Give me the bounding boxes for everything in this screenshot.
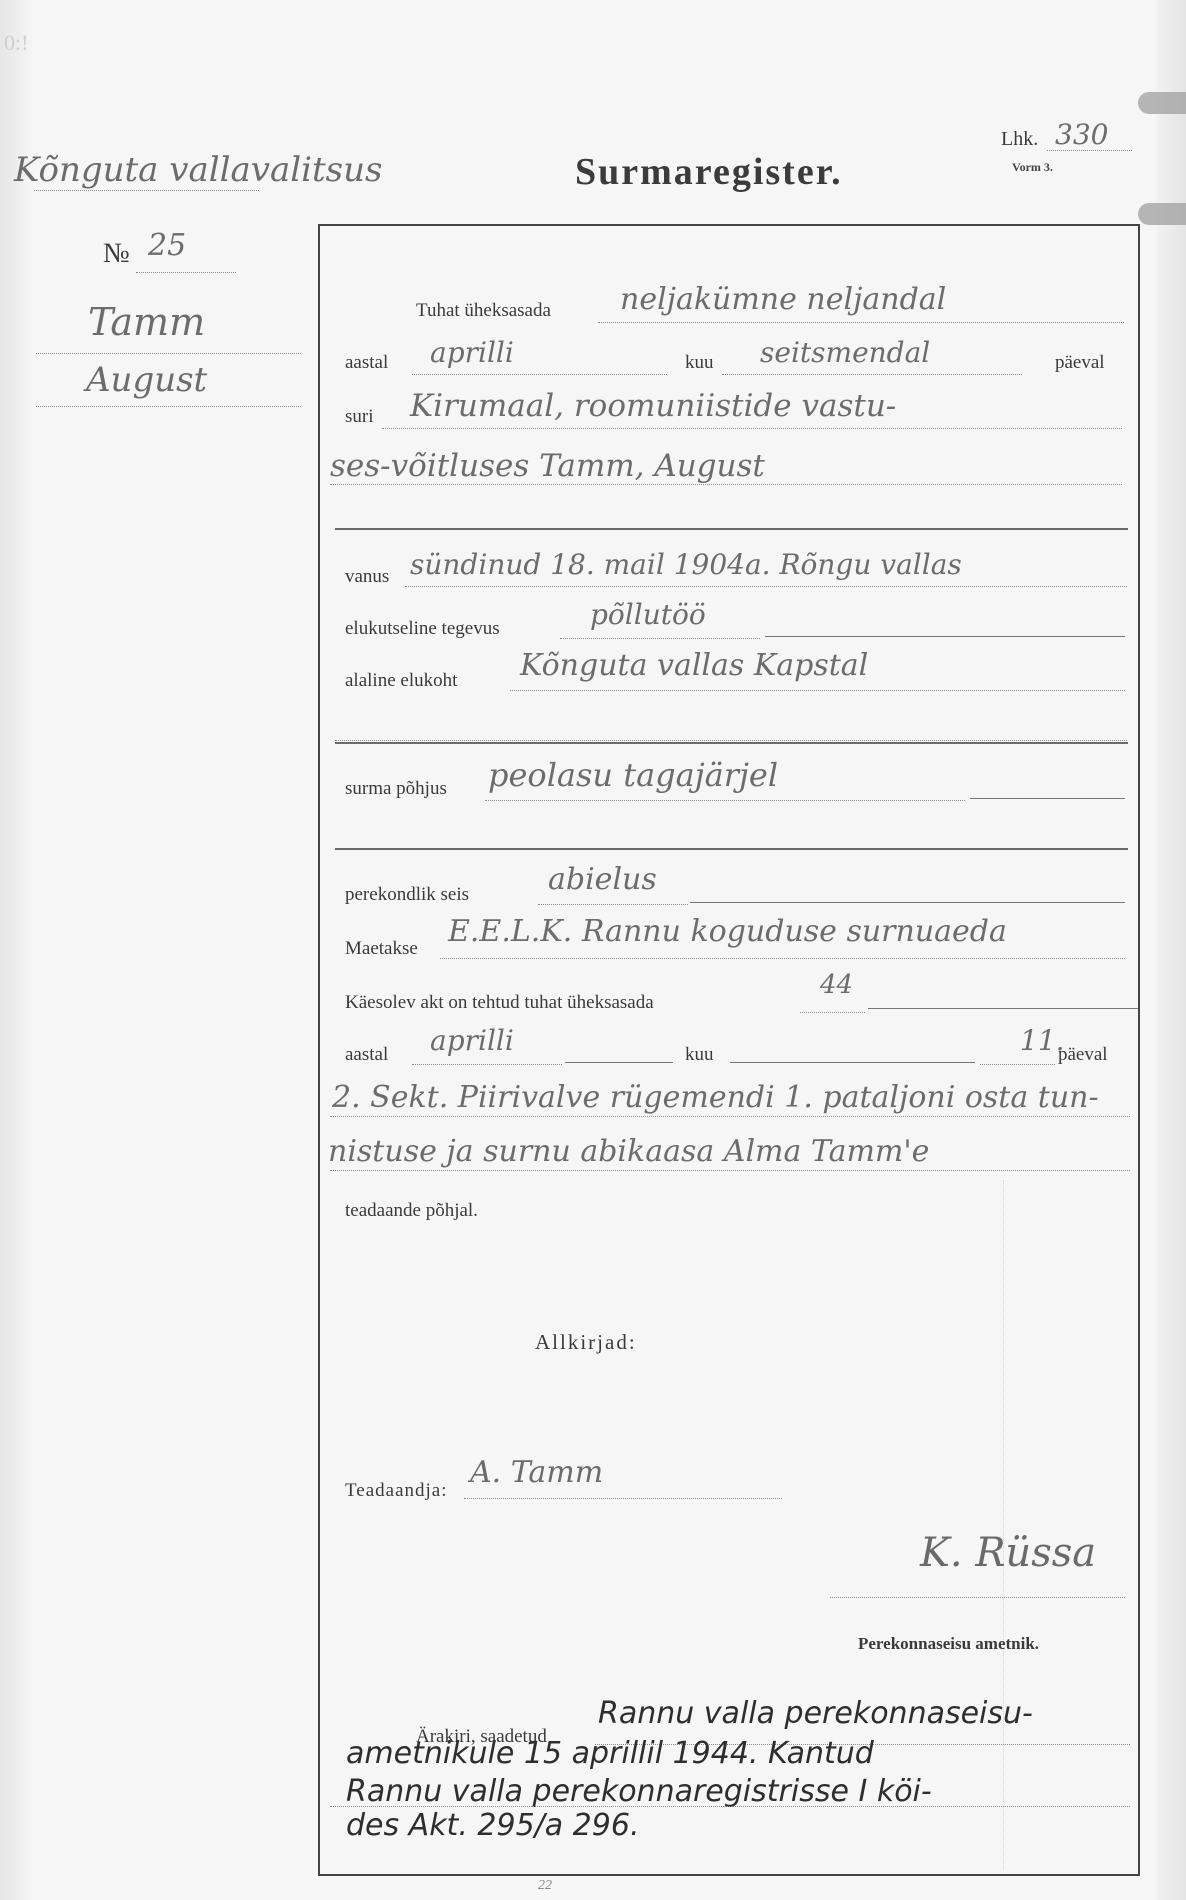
act-label: Käesolev akt on tehtud tuhat üheksasada (345, 992, 654, 1014)
binder-ring-top (1138, 92, 1186, 114)
informant-label: Teadaandja: (345, 1480, 448, 1502)
cause-value: peolasu tagajärjel (488, 756, 778, 794)
marital-label: perekondlik seis (345, 884, 469, 906)
copy-note-dotline-2 (330, 1806, 1130, 1807)
page-number: 330 (1055, 118, 1108, 151)
entry-number: 25 (148, 228, 186, 263)
official-signature: K. Rüssa (920, 1530, 1096, 1576)
death-paeval-label: päeval (1055, 352, 1105, 374)
act-kuu-label: kuu (685, 1044, 714, 1066)
burial-dotline (440, 958, 1125, 959)
marital-fill-rule (690, 902, 1125, 903)
report-line-2: nistuse ja surnu abikaasa Alma Tamm'e (328, 1134, 929, 1169)
margin-surname: Tamm (88, 300, 205, 344)
act-month-dotline (412, 1064, 562, 1065)
municipality-dotline (34, 190, 259, 191)
suri-dotline-1 (382, 428, 1122, 429)
informant-dotline (464, 1498, 782, 1499)
suri-label: suri (345, 406, 374, 428)
day-dotline (722, 374, 1022, 375)
age-label: vanus (345, 566, 389, 588)
year-label: Tuhat üheksasada (416, 300, 551, 322)
month-dotline (412, 374, 667, 375)
marital-value: abielus (548, 862, 657, 897)
informant-signature: A. Tamm (470, 1455, 603, 1490)
book-spine (0, 0, 34, 1900)
residence-value: Kõnguta vallas Kapstal (520, 648, 868, 683)
act-year-value: 44 (820, 970, 853, 1000)
margin-given-name: August (86, 360, 207, 400)
section-rule-1 (335, 528, 1128, 530)
section-rule-2 (335, 742, 1128, 744)
age-value: sündinud 18. mail 1904a. Rõngu vallas (410, 548, 962, 581)
occupation-label: elukutseline tegevus (345, 618, 500, 640)
corner-mark: 0:! (4, 30, 28, 56)
act-paeval-label: päeval (1058, 1044, 1108, 1066)
year-dotline (598, 322, 1124, 323)
column-divider (1003, 1180, 1004, 1870)
form-number: Vorm 3. (1012, 160, 1053, 175)
death-kuu-label: kuu (685, 352, 714, 374)
residence-dotline (510, 690, 1125, 691)
age-dotline (405, 586, 1127, 587)
page-edge (1156, 0, 1186, 1900)
burial-label: Maetakse (345, 938, 418, 960)
death-aastal-label: aastal (345, 352, 388, 374)
entry-number-dotline (136, 272, 236, 273)
residence-label: alaline elukoht (345, 670, 457, 692)
report-dotline-2 (330, 1170, 1130, 1171)
death-month-value: aprilli (430, 336, 514, 369)
act-aastal-label: aastal (345, 1044, 388, 1066)
signatures-heading: Allkirjad: (535, 1330, 637, 1355)
act-day-dotline (980, 1064, 1055, 1065)
copy-note-line-3: Rannu valla perekonnaregistrisse I köi- (346, 1774, 932, 1809)
death-day-value: seitsmendal (760, 336, 930, 369)
year-value: neljakümne neljandal (620, 282, 946, 317)
margin-surname-dotline (36, 353, 301, 354)
cause-dotline (485, 800, 965, 801)
burial-value: E.E.L.K. Rannu koguduse surnuaeda (448, 914, 1007, 949)
act-kuu-fill-rule (730, 1062, 975, 1063)
copy-note-line-1: Rannu valla perekonnaseisu- (598, 1696, 1033, 1731)
footer-mark: 22 (538, 1878, 552, 1894)
act-month-value: aprilli (430, 1024, 514, 1057)
report-dotline-1 (330, 1116, 1130, 1117)
section-rule-3 (335, 848, 1128, 850)
copy-note-line-2: ametnikule 15 aprillil 1944. Kantud (346, 1736, 874, 1771)
binder-ring-bottom (1138, 203, 1186, 225)
municipality-name: Kõnguta vallavalitsus (14, 150, 382, 190)
report-suffix: teadaande põhjal. (345, 1200, 478, 1222)
act-year-fill-rule (868, 1008, 1138, 1009)
official-dotline (830, 1597, 1125, 1598)
page-number-label: Lhk. (1001, 128, 1038, 151)
occupation-fill-rule (765, 636, 1125, 637)
cause-fill-rule (970, 798, 1125, 799)
page-number-dotline (1047, 150, 1132, 151)
page-title: Surmaregister. (575, 150, 843, 194)
copy-note-line-4: des Akt. 295/a 296. (346, 1808, 639, 1843)
section-dotline-2 (335, 740, 1127, 741)
entry-number-label: № (103, 238, 130, 270)
suri-dotline-2 (330, 484, 1122, 485)
suri-line-2: ses-võitluses Tamm, August (330, 448, 765, 484)
act-year-dotline (800, 1012, 865, 1013)
act-month-fill-rule (565, 1062, 673, 1063)
cause-label: surma põhjus (345, 778, 447, 800)
occupation-dotline (560, 638, 760, 639)
occupation-value: põllutöö (590, 598, 706, 631)
report-line-1: 2. Sekt. Piirivalve rügemendi 1. pataljo… (332, 1080, 1099, 1115)
suri-line-1: Kirumaal, roomuniistide vastu- (410, 388, 896, 424)
margin-given-dotline (36, 406, 301, 407)
marital-dotline (538, 904, 688, 905)
official-title: Perekonnaseisu ametnik. (858, 1634, 1039, 1654)
